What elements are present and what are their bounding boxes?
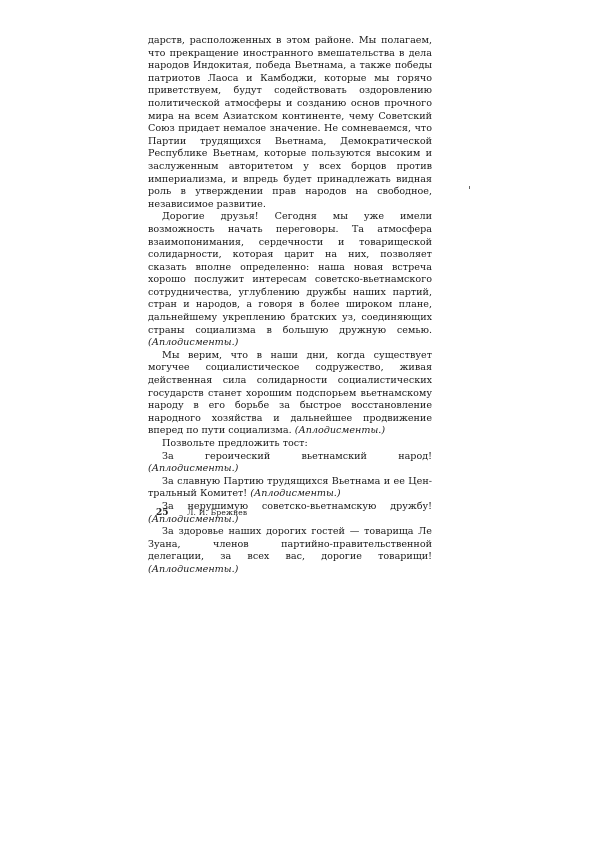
- toast-2: За славную Партию трудящихся Вьетнама и …: [148, 476, 432, 501]
- paragraph-text: дарств, расположенных в этом районе. Мы …: [148, 35, 432, 210]
- applause-note: (Аплодисменты.): [148, 463, 238, 474]
- paragraph-4: Позвольте предложить тост:: [148, 438, 432, 451]
- applause-note: (Аплодисменты.): [250, 488, 340, 499]
- body-text: дарств, расположенных в этом районе. Мы …: [148, 35, 432, 577]
- paragraph-1: дарств, расположенных в этом районе. Мы …: [148, 35, 432, 211]
- running-footer-author: Л. И. Брежнев: [187, 508, 247, 517]
- page-number: 25: [156, 508, 169, 518]
- applause-note: (Аплодисменты.): [148, 564, 238, 575]
- paragraph-2: Дорогие друзья! Сегодня мы уже имели воз…: [148, 211, 432, 350]
- paragraph-text: За здоровье наших дорогих гостей — товар…: [148, 526, 432, 562]
- scan-artifact-mark: [469, 186, 470, 189]
- document-page: дарств, расположенных в этом районе. Мы …: [0, 0, 600, 849]
- page-footer: 25 Л. И. Брежнев: [156, 508, 247, 518]
- toast-1: За героический вьетнамский народ! (Аплод…: [148, 451, 432, 476]
- applause-note: (Аплодисменты.): [148, 337, 238, 348]
- paragraph-text: Позвольте предложить тост:: [162, 438, 308, 449]
- paragraph-text: За героический вьетнамский народ!: [162, 451, 432, 462]
- paragraph-text: Мы верим, что в наши дни, когда существу…: [148, 350, 432, 437]
- toast-4: За здоровье наших дорогих гостей — товар…: [148, 526, 432, 576]
- applause-note: (Аплодисменты.): [295, 425, 385, 436]
- paragraph-3: Мы верим, что в наши дни, когда существу…: [148, 350, 432, 438]
- paragraph-text: Дорогие друзья! Сегодня мы уже имели воз…: [148, 211, 432, 335]
